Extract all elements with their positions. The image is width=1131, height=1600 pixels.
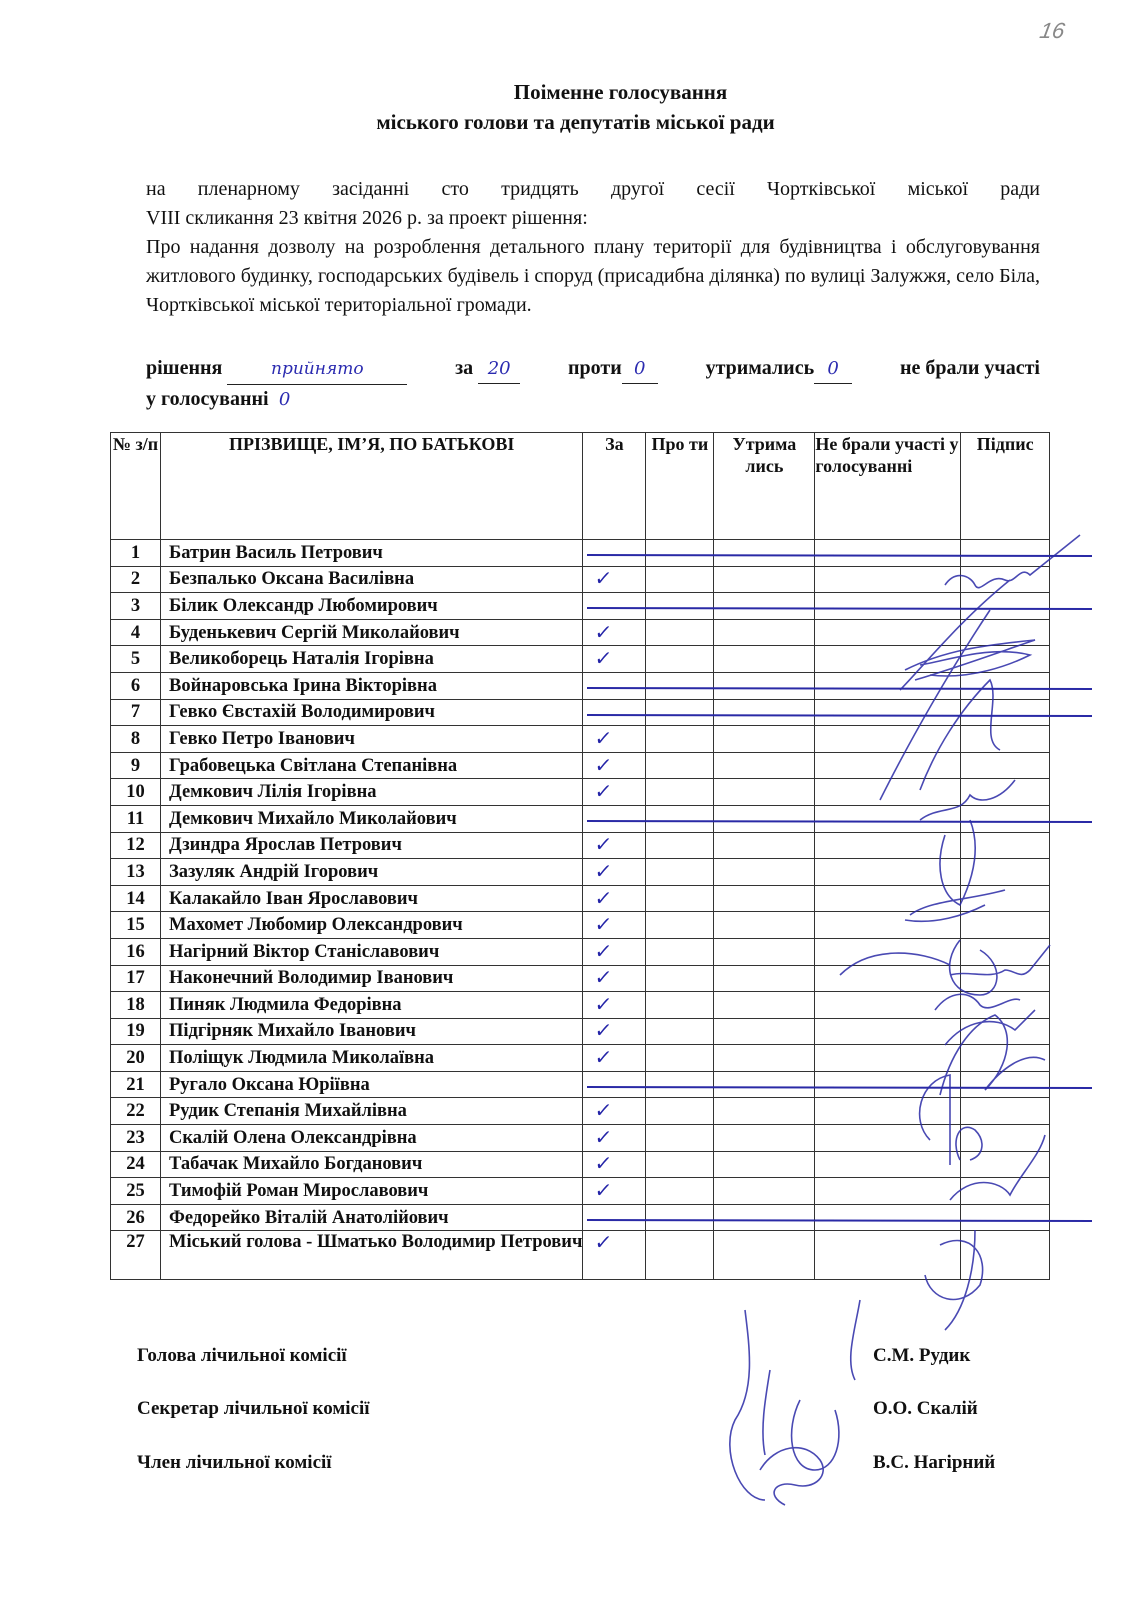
header-against: Про ти bbox=[646, 433, 714, 540]
check-mark-icon: ✓ bbox=[582, 754, 614, 776]
row-number: 17 bbox=[111, 965, 161, 992]
signature-cell bbox=[961, 593, 1050, 620]
check-mark-icon: ✓ bbox=[582, 1046, 614, 1068]
signature-cell bbox=[961, 726, 1050, 753]
vote-abstained-cell bbox=[714, 540, 815, 567]
vote-against-cell bbox=[646, 938, 714, 965]
vote-against-cell bbox=[646, 1151, 714, 1178]
vote-absent-cell bbox=[815, 779, 961, 806]
table-row: 3Білик Олександр Любомирович bbox=[111, 593, 1050, 620]
vote-against-cell bbox=[646, 699, 714, 726]
vote-for-cell: ✓ bbox=[583, 912, 646, 939]
row-number: 6 bbox=[111, 672, 161, 699]
vote-absent-cell bbox=[815, 1231, 961, 1280]
vote-against-cell bbox=[646, 779, 714, 806]
vote-absent-cell bbox=[815, 1178, 961, 1205]
vote-absent-cell bbox=[815, 726, 961, 753]
check-mark-icon: ✓ bbox=[582, 647, 614, 669]
deputy-name: Батрин Василь Петрович bbox=[161, 540, 583, 567]
signature-cell bbox=[961, 540, 1050, 567]
vote-against-cell bbox=[646, 1204, 714, 1231]
row-number: 8 bbox=[111, 726, 161, 753]
vote-abstained-cell bbox=[714, 1178, 815, 1205]
vote-abstained-cell bbox=[714, 885, 815, 912]
check-mark-icon: ✓ bbox=[582, 1099, 614, 1121]
vote-abstained-cell bbox=[714, 965, 815, 992]
row-number: 27 bbox=[111, 1231, 161, 1280]
vote-absent-cell bbox=[815, 672, 961, 699]
deputy-name: Демкович Лілія Ігорівна bbox=[161, 779, 583, 806]
vote-for-cell: ✓ bbox=[583, 832, 646, 859]
table-row: 5Великоборець Наталія Ігорівна✓ bbox=[111, 646, 1050, 673]
deputy-name: Федорейко Віталій Анатолійович bbox=[161, 1204, 583, 1231]
signature-cell bbox=[961, 1204, 1050, 1231]
table-row: 25Тимофій Роман Мирославович✓ bbox=[111, 1178, 1050, 1205]
vote-absent-cell bbox=[815, 965, 961, 992]
absent-count: 0 bbox=[274, 385, 296, 414]
deputy-name: Нагірний Віктор Станіславович bbox=[161, 938, 583, 965]
vote-absent-cell bbox=[815, 1098, 961, 1125]
row-number: 4 bbox=[111, 619, 161, 646]
deputy-name: Білик Олександр Любомирович bbox=[161, 593, 583, 620]
vote-absent-cell bbox=[815, 859, 961, 886]
document-title: Поіменне голосування bbox=[0, 80, 1131, 105]
row-number: 22 bbox=[111, 1098, 161, 1125]
check-mark-icon: ✓ bbox=[582, 1126, 614, 1148]
vote-abstained-cell bbox=[714, 938, 815, 965]
vote-against-cell bbox=[646, 1098, 714, 1125]
deputy-name: Скалій Олена Олександрівна bbox=[161, 1125, 583, 1152]
vote-for-cell: ✓ bbox=[583, 1151, 646, 1178]
vote-absent-cell bbox=[815, 1151, 961, 1178]
vote-absent-cell bbox=[815, 593, 961, 620]
document-subtitle: міського голови та депутатів міської рад… bbox=[0, 110, 1131, 135]
vote-for-cell: ✓ bbox=[583, 859, 646, 886]
vote-for-cell: ✓ bbox=[583, 646, 646, 673]
check-mark-icon: ✓ bbox=[582, 780, 614, 802]
check-mark-icon: ✓ bbox=[582, 833, 614, 855]
deputy-name: Зазуляк Андрій Ігорович bbox=[161, 859, 583, 886]
table-row: 4Буденькевич Сергій Миколайович✓ bbox=[111, 619, 1050, 646]
vote-for-cell: ✓ bbox=[583, 726, 646, 753]
signature-cell bbox=[961, 672, 1050, 699]
for-label: за bbox=[455, 357, 473, 379]
vote-abstained-cell bbox=[714, 672, 815, 699]
vote-against-cell bbox=[646, 1071, 714, 1098]
deputy-name: Поліщук Людмила Миколаївна bbox=[161, 1045, 583, 1072]
deputy-name: Гевко Євстахій Володимирович bbox=[161, 699, 583, 726]
vote-for-cell: ✓ bbox=[583, 1018, 646, 1045]
vote-abstained-cell bbox=[714, 1018, 815, 1045]
table-row: 9Грабовецька Світлана Степанівна✓ bbox=[111, 752, 1050, 779]
deputy-name: Безпалько Оксана Василівна bbox=[161, 566, 583, 593]
signature-cell bbox=[961, 885, 1050, 912]
vote-against-cell bbox=[646, 805, 714, 832]
table-row: 22Рудик Степанія Михайлівна✓ bbox=[111, 1098, 1050, 1125]
vote-abstained-cell bbox=[714, 619, 815, 646]
vote-against-cell bbox=[646, 1125, 714, 1152]
row-number: 11 bbox=[111, 805, 161, 832]
against-count: 0 bbox=[622, 354, 658, 384]
row-number: 14 bbox=[111, 885, 161, 912]
header-for: За bbox=[583, 433, 646, 540]
vote-for-cell bbox=[583, 1204, 646, 1231]
table-row: 11Демкович Михайло Миколайович bbox=[111, 805, 1050, 832]
deputy-name: Демкович Михайло Миколайович bbox=[161, 805, 583, 832]
row-number: 23 bbox=[111, 1125, 161, 1152]
commission-secretary-role: Секретар лічильної комісії bbox=[137, 1398, 370, 1420]
deputy-name: Тимофій Роман Мирославович bbox=[161, 1178, 583, 1205]
signature-cell bbox=[961, 1018, 1050, 1045]
vote-for-cell bbox=[583, 593, 646, 620]
vote-absent-cell bbox=[815, 805, 961, 832]
deputy-name: Пиняк Людмила Федорівна bbox=[161, 992, 583, 1019]
decision-value: прийнято bbox=[227, 355, 407, 385]
table-row: 19Підгірняк Михайло Іванович✓ bbox=[111, 1018, 1050, 1045]
vote-abstained-cell bbox=[714, 726, 815, 753]
row-number: 16 bbox=[111, 938, 161, 965]
vote-against-cell bbox=[646, 646, 714, 673]
vote-for-cell bbox=[583, 1071, 646, 1098]
row-number: 12 bbox=[111, 832, 161, 859]
commission-member-role: Член лічильної комісії bbox=[137, 1452, 332, 1474]
vote-against-cell bbox=[646, 832, 714, 859]
absent-label-2: у голосуванні bbox=[146, 388, 269, 410]
session-line-2: VIII скликання 23 квітня 2026 р. за прое… bbox=[146, 204, 1040, 233]
vote-for-cell: ✓ bbox=[583, 566, 646, 593]
deputy-name: Дзиндра Ярослав Петрович bbox=[161, 832, 583, 859]
vote-abstained-cell bbox=[714, 832, 815, 859]
signature-cell bbox=[961, 938, 1050, 965]
table-row: 6Война­ровська Ірина Вікторівна bbox=[111, 672, 1050, 699]
commission-secretary-name: О.О. Скалій bbox=[873, 1398, 978, 1420]
row-number: 19 bbox=[111, 1018, 161, 1045]
signature-cell bbox=[961, 859, 1050, 886]
vote-abstained-cell bbox=[714, 1204, 815, 1231]
check-mark-icon: ✓ bbox=[582, 727, 614, 749]
vote-against-cell bbox=[646, 859, 714, 886]
check-mark-icon: ✓ bbox=[582, 860, 614, 882]
vote-abstained-cell bbox=[714, 1071, 815, 1098]
vote-abstained-cell bbox=[714, 912, 815, 939]
check-mark-icon: ✓ bbox=[582, 966, 614, 988]
vote-for-cell: ✓ bbox=[583, 885, 646, 912]
table-header-row: № з/п ПРІЗВИЩЕ, ІМ’Я, ПО БАТЬКОВІ За Про… bbox=[111, 433, 1050, 540]
table-row: 7Гевко Євстахій Володимирович bbox=[111, 699, 1050, 726]
row-number: 1 bbox=[111, 540, 161, 567]
row-number: 3 bbox=[111, 593, 161, 620]
vote-against-cell bbox=[646, 1231, 714, 1280]
header-signature: Підпис bbox=[961, 433, 1050, 540]
vote-absent-cell bbox=[815, 619, 961, 646]
vote-against-cell bbox=[646, 885, 714, 912]
table-row: 27Міський голова - Шматько Володимир Пет… bbox=[111, 1231, 1050, 1280]
signature-cell bbox=[961, 1045, 1050, 1072]
row-number: 26 bbox=[111, 1204, 161, 1231]
check-mark-icon: ✓ bbox=[582, 887, 614, 909]
vote-for-cell bbox=[583, 540, 646, 567]
vote-abstained-cell bbox=[714, 1098, 815, 1125]
vote-for-cell bbox=[583, 699, 646, 726]
vote-for-cell: ✓ bbox=[583, 752, 646, 779]
vote-abstained-cell bbox=[714, 859, 815, 886]
deputy-name: Гевко Петро Іванович bbox=[161, 726, 583, 753]
vote-abstained-cell bbox=[714, 1125, 815, 1152]
signature-cell bbox=[961, 752, 1050, 779]
check-mark-icon: ✓ bbox=[582, 940, 614, 962]
vote-abstained-cell bbox=[714, 752, 815, 779]
signature-cell bbox=[961, 566, 1050, 593]
commission-chair-role: Голова лічильної комісії bbox=[137, 1345, 347, 1367]
vote-for-cell: ✓ bbox=[583, 992, 646, 1019]
row-number: 15 bbox=[111, 912, 161, 939]
deputy-name: Калакайло Іван Ярославович bbox=[161, 885, 583, 912]
row-number: 5 bbox=[111, 646, 161, 673]
table-row: 23Скалій Олена Олександрівна✓ bbox=[111, 1125, 1050, 1152]
row-number: 18 bbox=[111, 992, 161, 1019]
for-count: 20 bbox=[478, 354, 520, 384]
row-number: 9 bbox=[111, 752, 161, 779]
vote-against-cell bbox=[646, 752, 714, 779]
check-mark-icon: ✓ bbox=[582, 1179, 614, 1201]
check-mark-icon: ✓ bbox=[582, 993, 614, 1015]
absent-label: не брали участі bbox=[900, 354, 1040, 383]
vote-abstained-cell bbox=[714, 1151, 815, 1178]
vote-absent-cell bbox=[815, 1204, 961, 1231]
row-number: 10 bbox=[111, 779, 161, 806]
signature-cell bbox=[961, 805, 1050, 832]
vote-absent-cell bbox=[815, 699, 961, 726]
roll-call-table: № з/п ПРІЗВИЩЕ, ІМ’Я, ПО БАТЬКОВІ За Про… bbox=[110, 432, 1050, 1280]
vote-for-cell: ✓ bbox=[583, 619, 646, 646]
vote-against-cell bbox=[646, 965, 714, 992]
vote-for-cell: ✓ bbox=[583, 965, 646, 992]
vote-against-cell bbox=[646, 1045, 714, 1072]
signature-cell bbox=[961, 1178, 1050, 1205]
vote-abstained-cell bbox=[714, 1045, 815, 1072]
signature-cell bbox=[961, 1231, 1050, 1280]
check-mark-icon: ✓ bbox=[582, 1152, 614, 1174]
vote-for-cell: ✓ bbox=[583, 779, 646, 806]
header-name: ПРІЗВИЩЕ, ІМ’Я, ПО БАТЬКОВІ bbox=[161, 433, 583, 540]
vote-result-summary: рішення прийнято за 20 проти0 утримались… bbox=[146, 354, 1040, 414]
vote-absent-cell bbox=[815, 992, 961, 1019]
vote-against-cell bbox=[646, 566, 714, 593]
signature-cell bbox=[961, 1125, 1050, 1152]
signature-cell bbox=[961, 1151, 1050, 1178]
table-row: 14Калакайло Іван Ярославович✓ bbox=[111, 885, 1050, 912]
against-label: проти bbox=[568, 357, 622, 379]
vote-abstained-cell bbox=[714, 646, 815, 673]
vote-against-cell bbox=[646, 992, 714, 1019]
vote-against-cell bbox=[646, 1018, 714, 1045]
vote-absent-cell bbox=[815, 540, 961, 567]
table-row: 24Табачак Михайло Богданович✓ bbox=[111, 1151, 1050, 1178]
vote-for-cell: ✓ bbox=[583, 1231, 646, 1280]
row-number: 24 bbox=[111, 1151, 161, 1178]
row-number: 25 bbox=[111, 1178, 161, 1205]
row-number: 20 bbox=[111, 1045, 161, 1072]
decision-label: рішення bbox=[146, 357, 222, 379]
vote-abstained-cell bbox=[714, 779, 815, 806]
signature-cell bbox=[961, 1071, 1050, 1098]
deputy-name: Великоборець Наталія Ігорівна bbox=[161, 646, 583, 673]
table-row: 20Поліщук Людмила Миколаївна✓ bbox=[111, 1045, 1050, 1072]
vote-absent-cell bbox=[815, 912, 961, 939]
deputy-name: Підгірняк Михайло Іванович bbox=[161, 1018, 583, 1045]
check-mark-icon: ✓ bbox=[582, 621, 614, 643]
vote-absent-cell bbox=[815, 1045, 961, 1072]
vote-absent-cell bbox=[815, 938, 961, 965]
signature-cell bbox=[961, 619, 1050, 646]
vote-against-cell bbox=[646, 593, 714, 620]
row-number: 21 bbox=[111, 1071, 161, 1098]
vote-abstained-cell bbox=[714, 805, 815, 832]
signature-cell bbox=[961, 646, 1050, 673]
session-info: на пленарному засіданні сто тридцять дру… bbox=[146, 175, 1040, 233]
vote-for-cell: ✓ bbox=[583, 1125, 646, 1152]
vote-against-cell bbox=[646, 540, 714, 567]
vote-against-cell bbox=[646, 1178, 714, 1205]
page-number: 16 bbox=[1038, 18, 1067, 44]
check-mark-icon: ✓ bbox=[582, 1231, 614, 1253]
vote-for-cell: ✓ bbox=[583, 1098, 646, 1125]
deputy-name: Грабовецька Світлана Степанівна bbox=[161, 752, 583, 779]
header-abstained: Утрима лись bbox=[714, 433, 815, 540]
row-number: 7 bbox=[111, 699, 161, 726]
signature-cell bbox=[961, 965, 1050, 992]
abstained-count: 0 bbox=[814, 354, 852, 384]
vote-for-cell: ✓ bbox=[583, 938, 646, 965]
signature-cell bbox=[961, 1098, 1050, 1125]
deputy-name: Міський голова - Шматько Володимир Петро… bbox=[161, 1231, 583, 1280]
abstained-label: утримались bbox=[706, 357, 815, 379]
table-row: 18Пиняк Людмила Федорівна✓ bbox=[111, 992, 1050, 1019]
vote-absent-cell bbox=[815, 1125, 961, 1152]
commission-chair-name: С.М. Рудик bbox=[873, 1345, 970, 1367]
table-row: 21Ругало Оксана Юріївна bbox=[111, 1071, 1050, 1098]
table-row: 17Наконечний Володимир Іванович✓ bbox=[111, 965, 1050, 992]
vote-abstained-cell bbox=[714, 593, 815, 620]
vote-for-cell: ✓ bbox=[583, 1178, 646, 1205]
deputy-name: Буденькевич Сергій Миколайович bbox=[161, 619, 583, 646]
signature-cell bbox=[961, 699, 1050, 726]
deputy-name: Ругало Оксана Юріївна bbox=[161, 1071, 583, 1098]
table-row: 1Батрин Василь Петрович bbox=[111, 540, 1050, 567]
vote-against-cell bbox=[646, 726, 714, 753]
table-row: 8Гевко Петро Іванович✓ bbox=[111, 726, 1050, 753]
deputy-name: Война­ровська Ірина Вікторівна bbox=[161, 672, 583, 699]
vote-for-cell bbox=[583, 805, 646, 832]
table-row: 12Дзиндра Ярослав Петрович✓ bbox=[111, 832, 1050, 859]
vote-against-cell bbox=[646, 672, 714, 699]
table-row: 15Махомет Любомир Олександрович✓ bbox=[111, 912, 1050, 939]
signature-cell bbox=[961, 992, 1050, 1019]
vote-abstained-cell bbox=[714, 566, 815, 593]
signature-cell bbox=[961, 912, 1050, 939]
check-mark-icon: ✓ bbox=[582, 1019, 614, 1041]
vote-for-cell: ✓ bbox=[583, 1045, 646, 1072]
row-number: 13 bbox=[111, 859, 161, 886]
header-number: № з/п bbox=[111, 433, 161, 540]
vote-abstained-cell bbox=[714, 992, 815, 1019]
vote-absent-cell bbox=[815, 885, 961, 912]
deputy-name: Наконечний Володимир Іванович bbox=[161, 965, 583, 992]
deputy-name: Рудик Степанія Михайлівна bbox=[161, 1098, 583, 1125]
table-row: 13Зазуляк Андрій Ігорович✓ bbox=[111, 859, 1050, 886]
vote-abstained-cell bbox=[714, 1231, 815, 1280]
vote-against-cell bbox=[646, 912, 714, 939]
signature-cell bbox=[961, 779, 1050, 806]
vote-absent-cell bbox=[815, 1071, 961, 1098]
table-row: 26Федорейко Віталій Анатолійович bbox=[111, 1204, 1050, 1231]
deputy-name: Махомет Любомир Олександрович bbox=[161, 912, 583, 939]
vote-absent-cell bbox=[815, 1018, 961, 1045]
table-row: 16Нагірний Віктор Станіславович✓ bbox=[111, 938, 1050, 965]
vote-absent-cell bbox=[815, 566, 961, 593]
session-line-1: на пленарному засіданні сто тридцять дру… bbox=[146, 175, 1040, 204]
table-row: 2Безпалько Оксана Василівна✓ bbox=[111, 566, 1050, 593]
vote-against-cell bbox=[646, 619, 714, 646]
check-mark-icon: ✓ bbox=[582, 567, 614, 589]
table-row: 10Демкович Лілія Ігорівна✓ bbox=[111, 779, 1050, 806]
check-mark-icon: ✓ bbox=[582, 913, 614, 935]
vote-absent-cell bbox=[815, 832, 961, 859]
commission-member-name: В.С. Нагірний bbox=[873, 1452, 995, 1474]
vote-absent-cell bbox=[815, 752, 961, 779]
deputy-name: Табачак Михайло Богданович bbox=[161, 1151, 583, 1178]
vote-absent-cell bbox=[815, 646, 961, 673]
draft-decision-text: Про надання дозволу на розроблення детал… bbox=[146, 233, 1040, 320]
signature-cell bbox=[961, 832, 1050, 859]
vote-abstained-cell bbox=[714, 699, 815, 726]
vote-for-cell bbox=[583, 672, 646, 699]
row-number: 2 bbox=[111, 566, 161, 593]
header-absent: Не брали участі у голосуванні bbox=[815, 433, 961, 540]
